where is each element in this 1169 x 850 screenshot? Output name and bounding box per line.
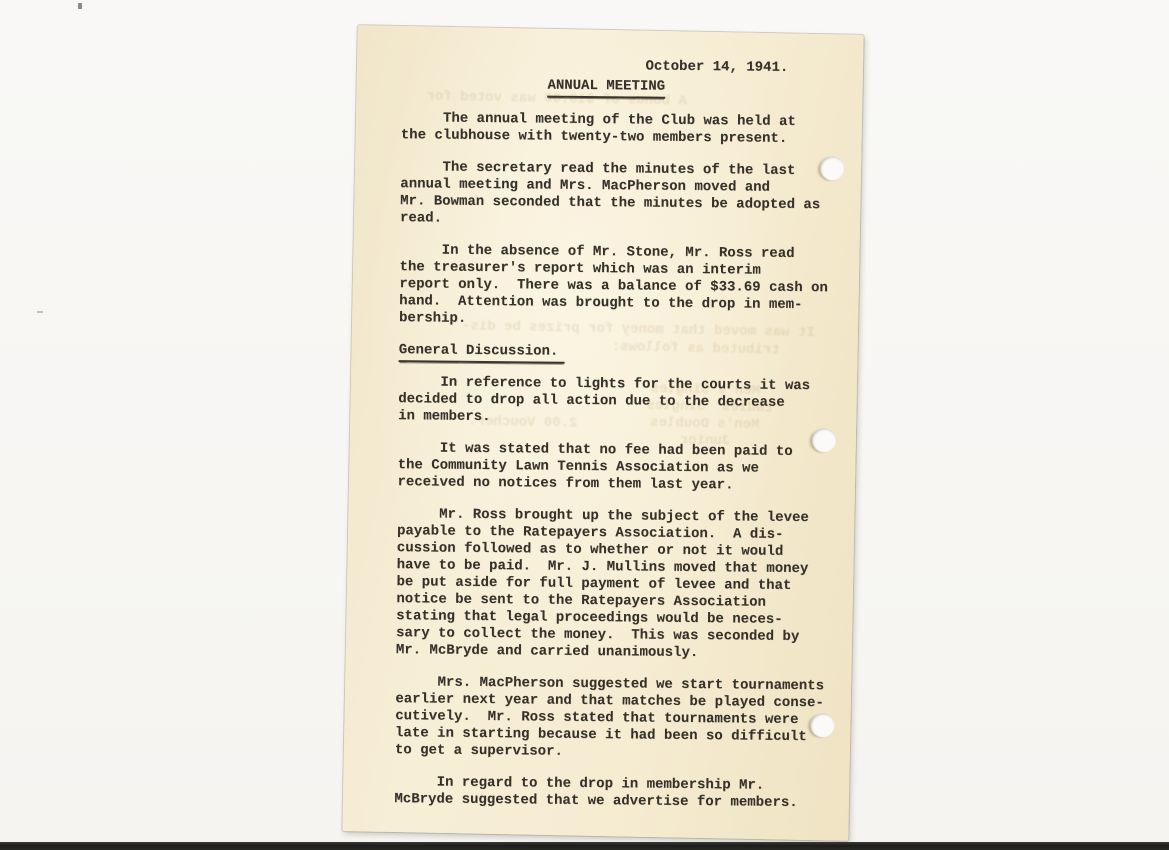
paragraph: The secretary read the minutes of the la… <box>400 159 821 231</box>
punch-hole-top <box>820 156 844 180</box>
punch-hole-middle <box>812 428 836 452</box>
document-title-row: ANNUAL MEETING <box>401 76 811 100</box>
scan-speck <box>78 3 82 9</box>
section-heading: General Discussion. <box>399 342 565 364</box>
paragraph: In reference to lights for the courts it… <box>398 374 818 429</box>
paragraph: In regard to the drop in membership Mr. … <box>394 774 814 812</box>
section-heading-row: General Discussion. <box>399 342 819 366</box>
body-line: the clubhouse with twenty-two members pr… <box>401 127 821 148</box>
date-line: October 14, 1941. <box>645 59 821 78</box>
paragraph: Mr. Ross brought up the subject of the l… <box>396 506 817 663</box>
document-content: October 14, 1941. ANNUAL MEETING The ann… <box>394 56 821 827</box>
paragraph: The annual meeting of the Club was held … <box>401 110 821 148</box>
scanner-edge-bar <box>0 842 1169 850</box>
scanned-page-background: A bonus of $10.00 was voted for It was m… <box>0 0 1169 850</box>
paragraph: In the absence of Mr. Stone, Mr. Ross re… <box>399 242 820 331</box>
punch-hole-bottom <box>810 713 834 737</box>
document-title: ANNUAL MEETING <box>547 78 665 99</box>
scan-speck <box>37 311 43 313</box>
body-line: McBryde suggested that we advertise for … <box>394 791 814 812</box>
paragraph: It was stated that no fee had been paid … <box>397 440 817 495</box>
document-page: A bonus of $10.00 was voted for It was m… <box>342 25 863 841</box>
paragraph: Mrs. MacPherson suggested we start tourn… <box>395 674 816 763</box>
